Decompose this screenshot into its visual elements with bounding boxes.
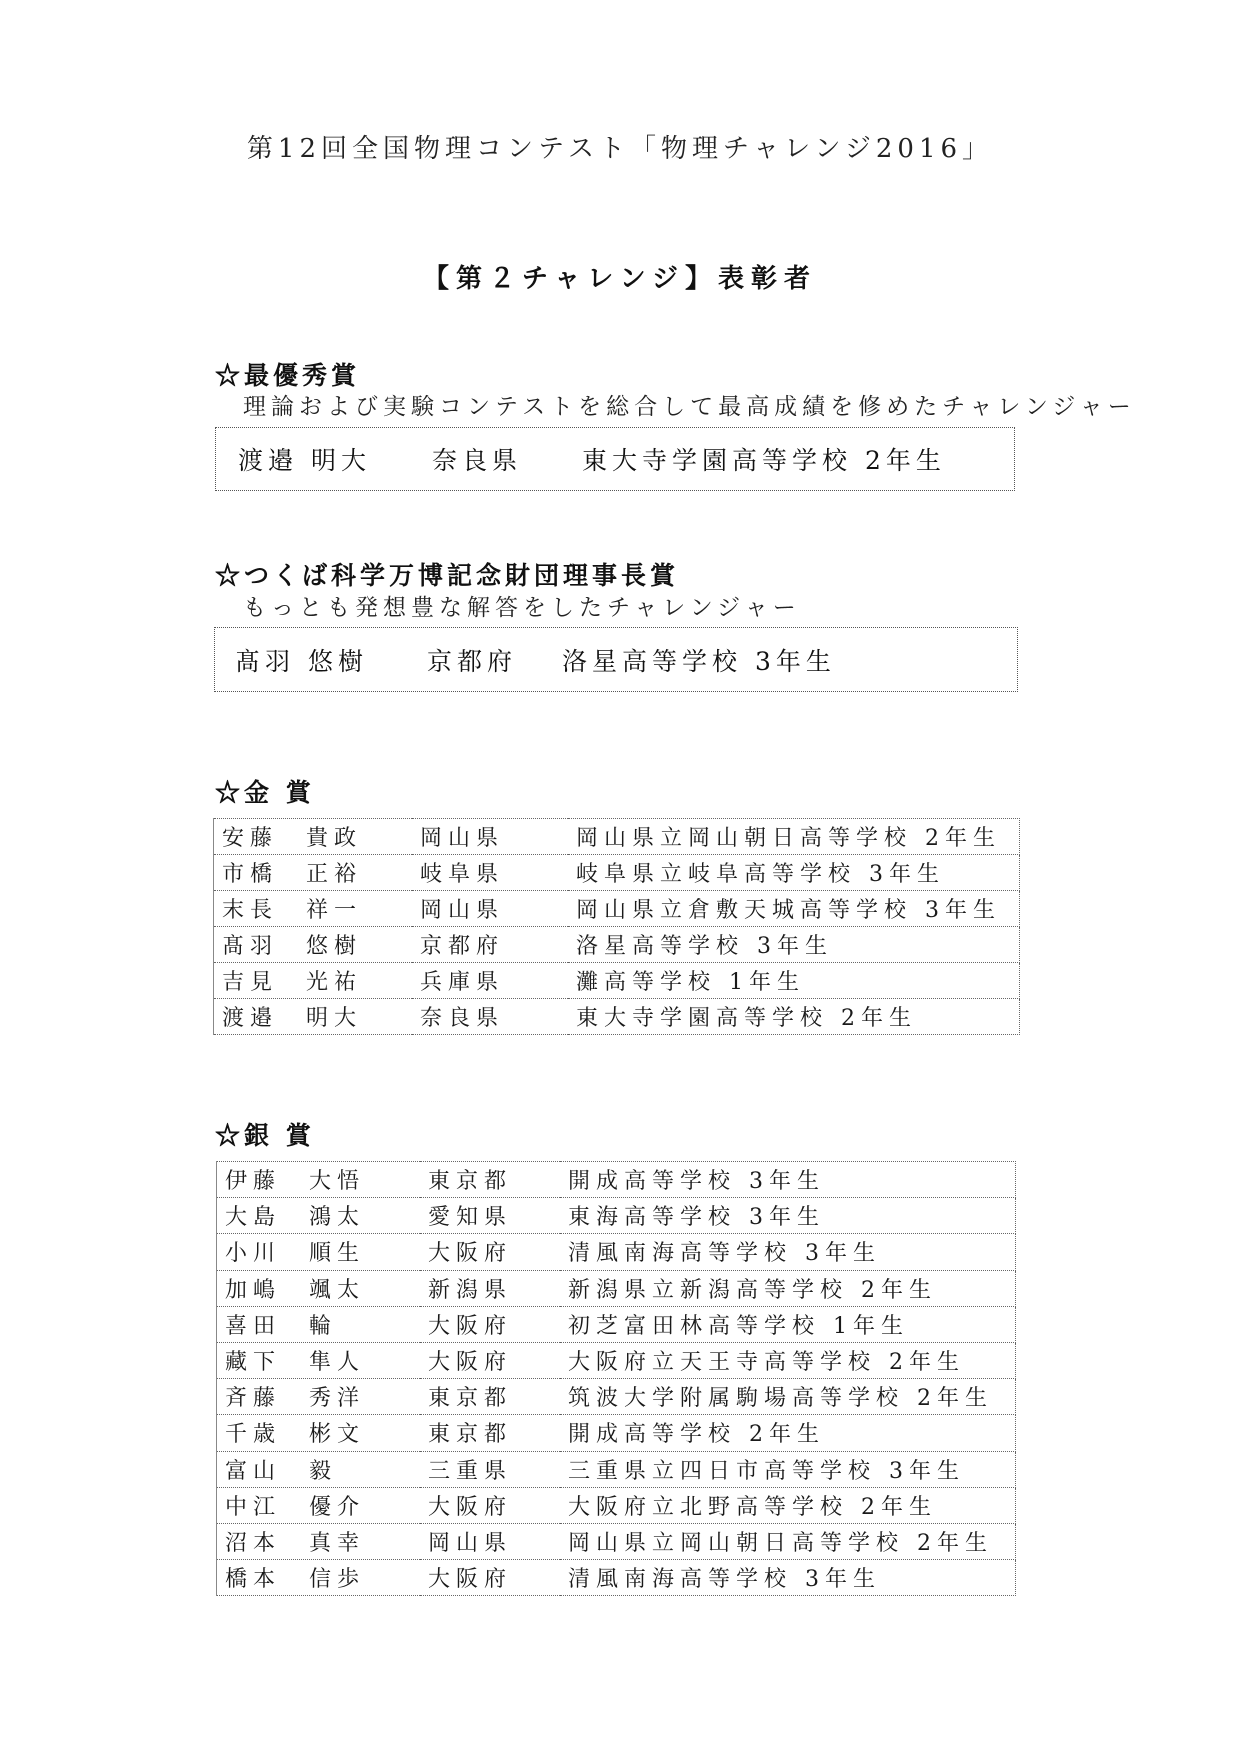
- winner-name: 吉見 光祐: [214, 963, 413, 999]
- winner-name: 末長 祥一: [214, 891, 413, 927]
- winner-school: 清風南海高等学校 3年生: [560, 1560, 1016, 1596]
- table-row: 橋本 信歩大阪府清風南海高等学校 3年生: [217, 1560, 1016, 1596]
- winner-prefecture: 大阪府: [420, 1560, 560, 1596]
- winner-school: 開成高等学校 3年生: [560, 1162, 1016, 1198]
- winner-prefecture: 東京都: [420, 1162, 560, 1198]
- winner-prefecture: 大阪府: [420, 1306, 560, 1342]
- winner-name: 市橋 正裕: [214, 855, 413, 891]
- winner-name: 髙羽 悠樹: [215, 642, 415, 678]
- winner-school: 大阪府立北野高等学校 2年生: [560, 1487, 1016, 1523]
- winner-school: 初芝富田林高等学校 1年生: [560, 1306, 1016, 1342]
- winner-school: 三重県立四日市高等学校 3年生: [560, 1451, 1016, 1487]
- winner-prefecture: 岡山県: [412, 819, 568, 855]
- winner-name: 中江 優介: [217, 1487, 421, 1523]
- winner-school: 開成高等学校 2年生: [560, 1415, 1016, 1451]
- table-row: 喜田 輪大阪府初芝富田林高等学校 1年生: [217, 1306, 1016, 1342]
- grand-prize-winner-box: 渡邉 明大 奈良県 東大寺学園高等学校 2年生: [215, 427, 1015, 491]
- winner-school: 新潟県立新潟高等学校 2年生: [560, 1270, 1016, 1306]
- winner-school: 洛星高等学校 3年生: [562, 642, 836, 678]
- winner-prefecture: 大阪府: [420, 1342, 560, 1378]
- winner-school: 東大寺学園高等学校 2年生: [568, 999, 1020, 1035]
- silver-prize-heading: ☆銀 賞: [215, 1116, 315, 1152]
- gold-prize-table: 安藤 貴政岡山県岡山県立岡山朝日高等学校 2年生市橋 正裕岐阜県岐阜県立岐阜高等…: [213, 818, 1020, 1035]
- grand-prize-heading: ☆最優秀賞: [215, 356, 360, 392]
- tsukuba-prize-winner-box: 髙羽 悠樹 京都府 洛星高等学校 3年生: [214, 627, 1018, 692]
- winner-name: 沼本 真幸: [217, 1523, 421, 1559]
- winner-prefecture: 奈良県: [418, 441, 582, 477]
- winner-prefecture: 新潟県: [420, 1270, 560, 1306]
- winner-prefecture: 岡山県: [420, 1523, 560, 1559]
- winner-prefecture: 兵庫県: [412, 963, 568, 999]
- table-row: 沼本 真幸岡山県岡山県立岡山朝日高等学校 2年生: [217, 1523, 1016, 1559]
- winner-prefecture: 東京都: [420, 1415, 560, 1451]
- table-row: 吉見 光祐兵庫県灘高等学校 1年生: [214, 963, 1020, 999]
- document-title: 第12回全国物理コンテスト「物理チャレンジ2016」: [0, 128, 1240, 165]
- tsukuba-prize-description: もっとも発想豊な解答をしたチャレンジャー: [243, 589, 801, 622]
- winner-school: 岐阜県立岐阜高等学校 3年生: [568, 855, 1020, 891]
- table-row: 小川 順生大阪府清風南海高等学校 3年生: [217, 1234, 1016, 1270]
- table-row: 藏下 隼人大阪府大阪府立天王寺高等学校 2年生: [217, 1342, 1016, 1378]
- silver-prize-table: 伊藤 大悟東京都開成高等学校 3年生大島 鴻太愛知県東海高等学校 3年生小川 順…: [216, 1161, 1016, 1596]
- table-row: 渡邉 明大奈良県東大寺学園高等学校 2年生: [214, 999, 1020, 1035]
- winner-school: 岡山県立岡山朝日高等学校 2年生: [568, 819, 1020, 855]
- winner-prefecture: 岐阜県: [412, 855, 568, 891]
- winner-prefecture: 大阪府: [420, 1234, 560, 1270]
- winner-school: 清風南海高等学校 3年生: [560, 1234, 1016, 1270]
- winner-name: 斉藤 秀洋: [217, 1379, 421, 1415]
- winner-school: 大阪府立天王寺高等学校 2年生: [560, 1342, 1016, 1378]
- table-row: 加嶋 颯太新潟県新潟県立新潟高等学校 2年生: [217, 1270, 1016, 1306]
- table-row: 市橋 正裕岐阜県岐阜県立岐阜高等学校 3年生: [214, 855, 1020, 891]
- table-row: 髙羽 悠樹京都府洛星高等学校 3年生: [214, 927, 1020, 963]
- tsukuba-prize-heading: ☆つくば科学万博記念財団理事長賞: [215, 556, 679, 592]
- winner-school: 筑波大学附属駒場高等学校 2年生: [560, 1379, 1016, 1415]
- winner-school: 岡山県立倉敷天城高等学校 3年生: [568, 891, 1020, 927]
- table-row: 千歳 彬文東京都開成高等学校 2年生: [217, 1415, 1016, 1451]
- winner-prefecture: 京都府: [415, 642, 562, 678]
- winner-prefecture: 奈良県: [412, 999, 568, 1035]
- winner-prefecture: 愛知県: [420, 1198, 560, 1234]
- winner-school: 洛星高等学校 3年生: [568, 927, 1020, 963]
- winner-name: 加嶋 颯太: [217, 1270, 421, 1306]
- winner-name: 小川 順生: [217, 1234, 421, 1270]
- winner-name: 富山 毅: [217, 1451, 421, 1487]
- winner-prefecture: 大阪府: [420, 1487, 560, 1523]
- winner-prefecture: 三重県: [420, 1451, 560, 1487]
- winner-name: 千歳 彬文: [217, 1415, 421, 1451]
- winner-prefecture: 東京都: [420, 1379, 560, 1415]
- winner-school: 岡山県立岡山朝日高等学校 2年生: [560, 1523, 1016, 1559]
- table-row: 末長 祥一岡山県岡山県立倉敷天城高等学校 3年生: [214, 891, 1020, 927]
- table-row: 斉藤 秀洋東京都筑波大学附属駒場高等学校 2年生: [217, 1379, 1016, 1415]
- winner-name: 藏下 隼人: [217, 1342, 421, 1378]
- winner-name: 渡邉 明大: [214, 999, 413, 1035]
- document-subtitle: 【第２チャレンジ】表彰者: [0, 258, 1240, 295]
- winner-name: 安藤 貴政: [214, 819, 413, 855]
- winner-school: 東海高等学校 3年生: [560, 1198, 1016, 1234]
- winner-prefecture: 岡山県: [412, 891, 568, 927]
- gold-prize-heading: ☆金 賞: [215, 773, 315, 809]
- table-row: 富山 毅三重県三重県立四日市高等学校 3年生: [217, 1451, 1016, 1487]
- table-row: 伊藤 大悟東京都開成高等学校 3年生: [217, 1162, 1016, 1198]
- winner-name: 髙羽 悠樹: [214, 927, 413, 963]
- winner-school: 東大寺学園高等学校 2年生: [582, 441, 946, 477]
- winner-name: 渡邉 明大: [216, 441, 418, 477]
- winner-name: 大島 鴻太: [217, 1198, 421, 1234]
- table-row: 大島 鴻太愛知県東海高等学校 3年生: [217, 1198, 1016, 1234]
- table-row: 中江 優介大阪府大阪府立北野高等学校 2年生: [217, 1487, 1016, 1523]
- winner-school: 灘高等学校 1年生: [568, 963, 1020, 999]
- winner-name: 橋本 信歩: [217, 1560, 421, 1596]
- winner-name: 喜田 輪: [217, 1306, 421, 1342]
- winner-prefecture: 京都府: [412, 927, 568, 963]
- grand-prize-description: 理論および実験コンテストを総合して最高成績を修めたチャレンジャー: [243, 388, 1136, 421]
- winner-name: 伊藤 大悟: [217, 1162, 421, 1198]
- table-row: 安藤 貴政岡山県岡山県立岡山朝日高等学校 2年生: [214, 819, 1020, 855]
